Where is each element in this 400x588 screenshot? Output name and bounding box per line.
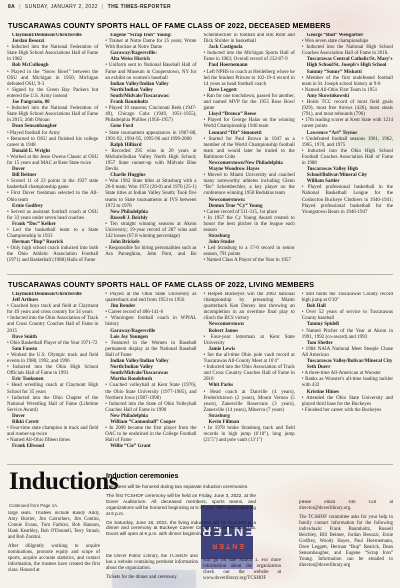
member-fact: Trainer at Notre Dame for 25 years; Wrot… <box>105 39 196 51</box>
newspaper-page: 8A|SUNDAY, JANUARY 2, 2022|THE TIMES-REP… <box>0 0 400 588</box>
member-fact: Started for Paul Brown in 1947 as a memb… <box>204 137 295 161</box>
section-divider <box>7 464 393 465</box>
member-fact: In 1978 broke Strasburg track and field … <box>204 426 295 444</box>
member-fact: Played professional basketball in the Na… <box>302 185 393 215</box>
member-fact: Winningest football coach in WPIAL histo… <box>105 316 196 328</box>
member-fact: Played for George Halas on the winning W… <box>204 118 295 130</box>
member-fact: Inducted into the Ohio High School Offic… <box>7 365 98 377</box>
article-paragraph: please email Jim Gill at director@doverl… <box>299 500 393 512</box>
member-fact: Ten straight winning seasons at Akron Un… <box>105 222 196 240</box>
inductions-article-col3: will go on sale March 1. For more inform… <box>203 558 281 586</box>
masthead-separator: | <box>102 4 104 10</box>
member-fact: Four-year letterman at Kent State Univer… <box>204 335 295 347</box>
member-fact: In 2000 became the first player from the… <box>105 426 196 444</box>
member-fact: In 1957 the Cy Young Award created to ho… <box>204 216 295 234</box>
member-fact: Led Strasburg to a 17-0 record in senior… <box>204 246 295 258</box>
article-paragraph: Tickets for the dinner and ceremony <box>106 575 198 581</box>
member-fact: Inducted into the Ohio Association of Tr… <box>7 316 98 334</box>
living-members-columns: Claymont/Dennison/UhrichsvilleJeff Arthu… <box>7 292 393 456</box>
article-paragraph: will go on sale March 1. For more inform… <box>203 558 281 582</box>
inductions-article-col4: please email Jim Gill at director@doverl… <box>299 500 393 586</box>
member-fact: Member of the first undefeated football … <box>302 76 393 88</box>
member-fact: Featured in the Women in Baseball perman… <box>105 341 196 359</box>
member-fact: Played 10 seasons; Cincinnati Reds (1947… <box>105 106 196 124</box>
member-fact: 1984 NAIA National Meet Steeple Chase Al… <box>302 347 393 359</box>
continued-from-note: Continued from Page 1A. <box>9 503 58 508</box>
induction-ceremonies-body: Inductees will be honored during two sep… <box>106 484 256 540</box>
member-fact: Returned to OSU and finished his college… <box>7 137 98 149</box>
member-fact: Worked at the Jesse Owens Classic at OSU… <box>7 155 98 167</box>
member-fact: Undefeated football seasons 1961, 1962, … <box>302 137 393 149</box>
member-fact: Moved to Miami University and coached ma… <box>204 173 295 197</box>
member-fact: Won 1962 State titles at Strasburg with … <box>105 179 196 209</box>
inductions-article-col2: the Dover Public Library, the TCSHOF als… <box>106 554 198 586</box>
article-paragraph: the Dover Public Library, the TCSHOF als… <box>106 554 198 572</box>
masthead-paper-name: THE TIMES-REPORTER <box>108 4 171 10</box>
member-fact: Only high school coach inducted into bot… <box>7 246 98 264</box>
member-fact: Attended the Ohio State University and p… <box>302 396 393 408</box>
member-fact: Coached volleyball at Kent State (1976),… <box>105 383 196 401</box>
member-fact: Served as assistant football coach at OS… <box>7 210 98 222</box>
deceased-members-columns: Claymont/Dennison/UhrichsvilleJordan Bes… <box>7 33 393 269</box>
member-fact: State tournament appearances in 1987-88,… <box>105 131 196 143</box>
member-fact: Inducted into the Michigan Sports Hall o… <box>204 51 295 63</box>
photo-enter-text-small: ENTER <box>210 543 244 550</box>
article-paragraph: After diligently working to acquire nomi… <box>8 544 100 574</box>
member-fact: Inducted into the Ohio Association of Tr… <box>204 365 295 383</box>
member-fact: Over 52 years of service to Tuscarawas C… <box>302 310 393 322</box>
article-paragraph: Inductees will be honored during two sep… <box>106 484 256 490</box>
member-fact: Signed by the Green Bay Packers but ente… <box>7 88 98 100</box>
article-paragraph: large seats. Trustees include Randy Addy… <box>8 511 100 541</box>
member-fact: Head coach at Danville (4 years), Freder… <box>204 390 295 414</box>
member-fact: 17th leading scorer at Kent State with 1… <box>302 118 393 130</box>
member-fact: Four-time state champion in track and fi… <box>7 426 98 438</box>
member-fact: Played in the “Snow Bowl” between the OS… <box>7 70 98 88</box>
induction-ceremonies-heading: Induction ceremonies <box>106 473 178 480</box>
member-fact: Ohio Basketball Player of the Year 1971-… <box>7 341 98 347</box>
member-fact: Still holds the Tuscarawas County record… <box>302 292 393 304</box>
article-paragraph: On Saturday, June 18, 2022, the living i… <box>106 520 256 538</box>
member-fact: Head wrestling coach at Claymont High Sc… <box>7 383 98 395</box>
member-fact: Helped Buckeyes win the 2002 national ch… <box>204 292 295 322</box>
member-fact: Led the basketball team to a State Champ… <box>7 228 98 240</box>
member-fact: Named Class A Player of the Year in 1957 <box>204 258 295 264</box>
member-fact: Ran for one touchdown, passed for anothe… <box>204 94 295 112</box>
masthead-date: SUNDAY, JANUARY 2, 2022 <box>25 4 98 10</box>
member-name: Frank Ellwood <box>7 444 98 450</box>
member-fact: Worked the U.S. Olympic track and field … <box>7 353 98 365</box>
member-fact: Set the all-time Ohio pole vault record … <box>204 353 295 365</box>
member-fact: Uniform sent to National Baseball Hall o… <box>105 63 196 81</box>
deceased-section-headline: TUSCARAWAS COUNTY SPORTS HALL OF FAME CL… <box>8 21 331 30</box>
member-fact: Inducted into the Ohio Chapter of the Na… <box>7 396 98 414</box>
section-divider <box>7 274 393 275</box>
page-number: 8A <box>8 4 15 10</box>
member-fact: Left NPHS to coach at Heidelberg where h… <box>204 70 295 88</box>
member-fact: Inducted into the Ohio High School Footb… <box>302 149 393 167</box>
member-fact: Coached boys track and field at Claymont… <box>7 304 98 316</box>
inductions-headline: Inductions <box>9 468 118 496</box>
member-fact: Scored 11 of 23 points in the 1927 state… <box>7 179 98 191</box>
living-section-headline: TUSCARAWAS COUNTY SPORTS HALL OF FAME CL… <box>8 280 314 289</box>
school-header: Tuscarawas Central Catholic/St. Mary's H… <box>302 57 393 69</box>
member-fact: Played at the Ohio State University as q… <box>105 292 196 304</box>
member-fact: Inducted into the State of Ohio Volleyba… <box>105 402 196 414</box>
member-fact: Recorded 295 wins in 20 years at Midvale… <box>105 149 196 173</box>
member-fact: Holds TCC record of most field goals (92… <box>302 100 393 118</box>
school-header: Indian Valley/Indian Valley North/Indian… <box>105 82 196 100</box>
article-paragraph: The TCSHOF committee asks for your help … <box>299 515 393 569</box>
member-fact: Named Pitcher of the Year at Akron in 19… <box>302 329 393 341</box>
masthead-separator: | <box>19 4 21 10</box>
member-fact: First Dover freshman selected to the All… <box>7 191 98 203</box>
member-name: Willie “Cie” Grant <box>105 444 196 450</box>
member-fact: Inducted into the National High School C… <box>302 45 393 57</box>
school-header: Indian Valley/Indian Valley North/Indian… <box>105 359 196 377</box>
school-header: Tuscarawas Valley High School/Bolivar/Mi… <box>302 167 393 179</box>
member-fact: Inducted into the National Federation of… <box>7 45 98 63</box>
member-fact: Inducted into the National Federation of… <box>7 106 98 124</box>
member-fact: Ranks as Wooster's all-time leading tack… <box>302 377 393 389</box>
inductions-article-col1: large seats. Trustees include Randy Addy… <box>8 511 100 583</box>
member-fact: Finished her career with the Buckeyes <box>302 408 393 414</box>
article-paragraph: The first TCSHOF ceremony will be held o… <box>106 493 256 517</box>
masthead: 8A|SUNDAY, JANUARY 2, 2022|THE TIMES-REP… <box>8 4 171 10</box>
